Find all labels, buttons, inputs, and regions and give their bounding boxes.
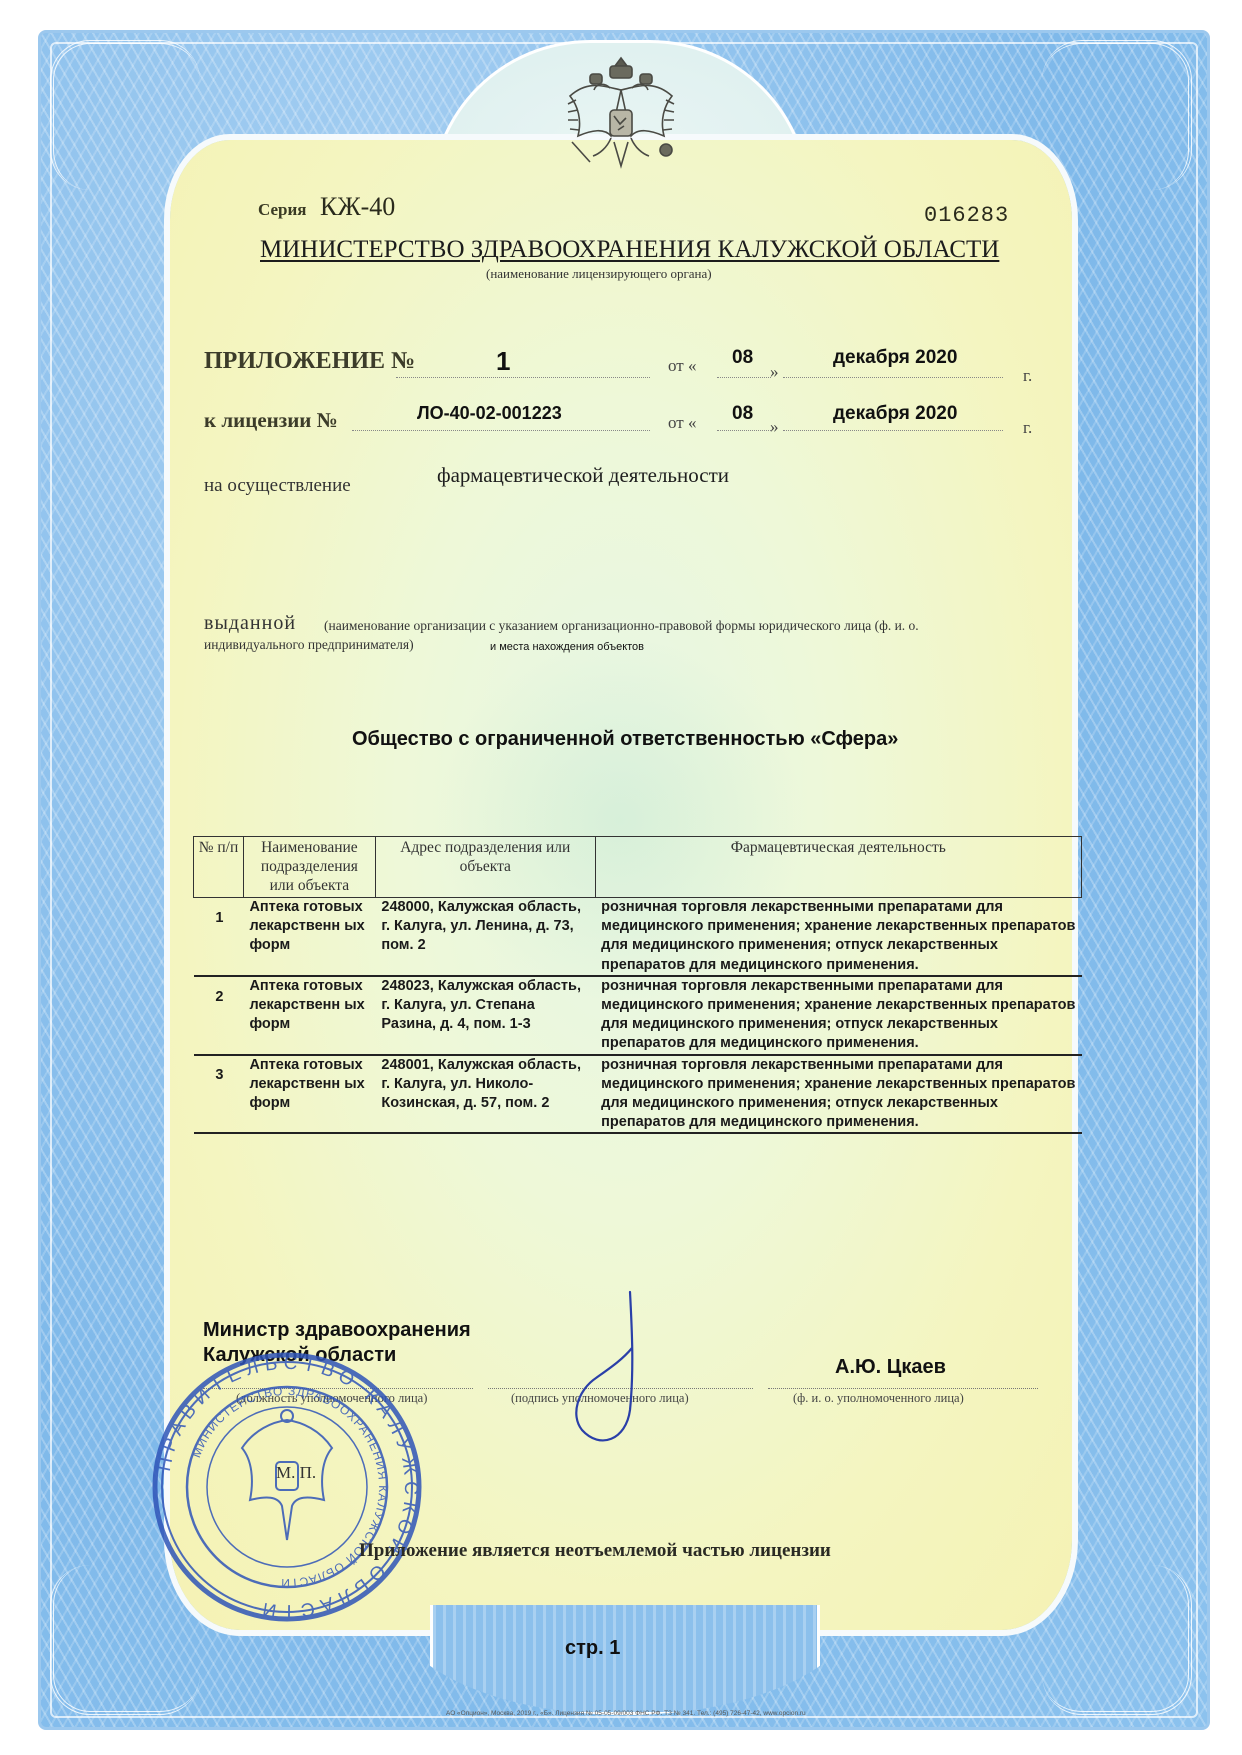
row-number-text: 3 — [215, 1067, 223, 1083]
name-caption: (ф. и. о. уполномоченного лица) — [793, 1391, 964, 1406]
license-number: ЛО-40-02-001223 — [417, 403, 562, 424]
integral-part-note: Приложение является неотъемлемой частью … — [359, 1540, 831, 1562]
ornament-corner-bottom-left — [50, 1565, 200, 1715]
objects-table: № п/п Наименование подразделения или объ… — [193, 836, 1082, 1134]
activity-value: фармацевтической деятельности — [437, 463, 729, 488]
table-row: 1 Аптека готовых лекарственн ых форм 248… — [194, 898, 1082, 976]
row-activity: розничная торговля лекарственными препар… — [595, 1055, 1081, 1134]
header-address: Адрес подразделения или объекта — [375, 837, 595, 898]
appendix-day-line — [717, 377, 771, 378]
license-day: 08 — [732, 403, 753, 425]
appendix-number-line — [396, 377, 650, 378]
page-number: стр. 1 — [565, 1637, 620, 1660]
seal-place-mark: М. П. — [276, 1463, 316, 1483]
appendix-number: 1 — [496, 346, 510, 377]
row-name: Аптека готовых лекарственн ых форм — [243, 898, 375, 976]
signer-name: А.Ю. Цкаев — [835, 1356, 946, 1379]
row-number: 3 — [194, 1055, 244, 1134]
table-row: 3 Аптека готовых лекарственн ых форм 248… — [194, 1055, 1082, 1134]
position-caption: (должность уполномоченного лица) — [236, 1391, 427, 1406]
license-year-suffix: г. — [1023, 418, 1032, 438]
row-name: Аптека готовых лекарственн ых форм — [243, 1055, 375, 1134]
header-activity: Фармацевтическая деятельность — [595, 837, 1081, 898]
name-line — [768, 1388, 1038, 1389]
issued-caption-line3: и места нахождения объектов — [490, 641, 644, 653]
appendix-label: ПРИЛОЖЕНИЕ № — [204, 348, 415, 375]
row-activity: розничная торговля лекарственными препар… — [595, 898, 1081, 976]
header-name: Наименование подразделения или объекта — [243, 837, 375, 898]
issued-caption-line2: индивидуального предпринимателя) — [204, 637, 414, 653]
coat-of-arms-icon — [548, 50, 694, 180]
license-date-line — [783, 430, 1003, 431]
appendix-month-year: декабря 2020 — [833, 347, 957, 369]
licensing-authority-caption: (наименование лицензирующего органа) — [486, 266, 712, 282]
row-number: 1 — [194, 898, 244, 976]
row-number: 2 — [194, 976, 244, 1055]
issued-label: выданной — [204, 612, 296, 635]
row-address: 248000, Калужская область, г. Калуга, ул… — [375, 898, 595, 976]
row-name: Аптека готовых лекарственн ых форм — [243, 976, 375, 1055]
license-from-label: от « — [668, 413, 696, 433]
organization-name: Общество с ограниченной ответственностью… — [352, 728, 898, 751]
row-activity: розничная торговля лекарственными препар… — [595, 976, 1081, 1055]
license-number-line — [352, 430, 650, 431]
activity-label: на осуществление — [204, 475, 351, 497]
header-number: № п/п — [194, 837, 244, 898]
printer-imprint: АО «Опцион», Москва, 2019 г., «Б». Лицен… — [446, 1710, 806, 1717]
position-line — [203, 1388, 473, 1389]
row-address: 248001, Калужская область, г. Калуга, ул… — [375, 1055, 595, 1134]
appendix-from-label: от « — [668, 356, 696, 376]
form-number: 016283 — [924, 203, 1009, 228]
licensing-authority: МИНИСТЕРСТВО ЗДРАВООХРАНЕНИЯ КАЛУЖСКОЙ О… — [260, 236, 999, 264]
appendix-date-line — [783, 377, 1003, 378]
series-label: Серия — [258, 200, 306, 220]
row-address: 248023, Калужская область, г. Калуга, ул… — [375, 976, 595, 1055]
license-label: к лицензии № — [204, 408, 338, 433]
license-from-close: » — [770, 417, 779, 437]
series-value: КЖ-40 — [320, 192, 395, 222]
table-row: 2 Аптека готовых лекарственн ых форм 248… — [194, 976, 1082, 1055]
signer-position: Министр здравоохранения Калужской област… — [203, 1318, 543, 1368]
ornament-corner-top-left — [50, 40, 200, 190]
ornament-corner-top-right — [1042, 40, 1192, 190]
license-day-line — [717, 430, 771, 431]
ornament-corner-bottom-right — [1042, 1565, 1192, 1715]
row-number-text: 2 — [215, 989, 223, 1005]
row-number-text: 1 — [215, 910, 223, 926]
appendix-from-close: » — [770, 362, 779, 382]
license-month-year: декабря 2020 — [833, 403, 957, 425]
signature-line — [488, 1388, 753, 1389]
signature-caption: (подпись уполномоченного лица) — [511, 1391, 689, 1406]
appendix-day: 08 — [732, 347, 753, 369]
issued-caption-line1: (наименование организации с указанием ор… — [324, 618, 919, 634]
appendix-year-suffix: г. — [1023, 366, 1032, 386]
table-header-row: № п/п Наименование подразделения или объ… — [194, 837, 1082, 898]
